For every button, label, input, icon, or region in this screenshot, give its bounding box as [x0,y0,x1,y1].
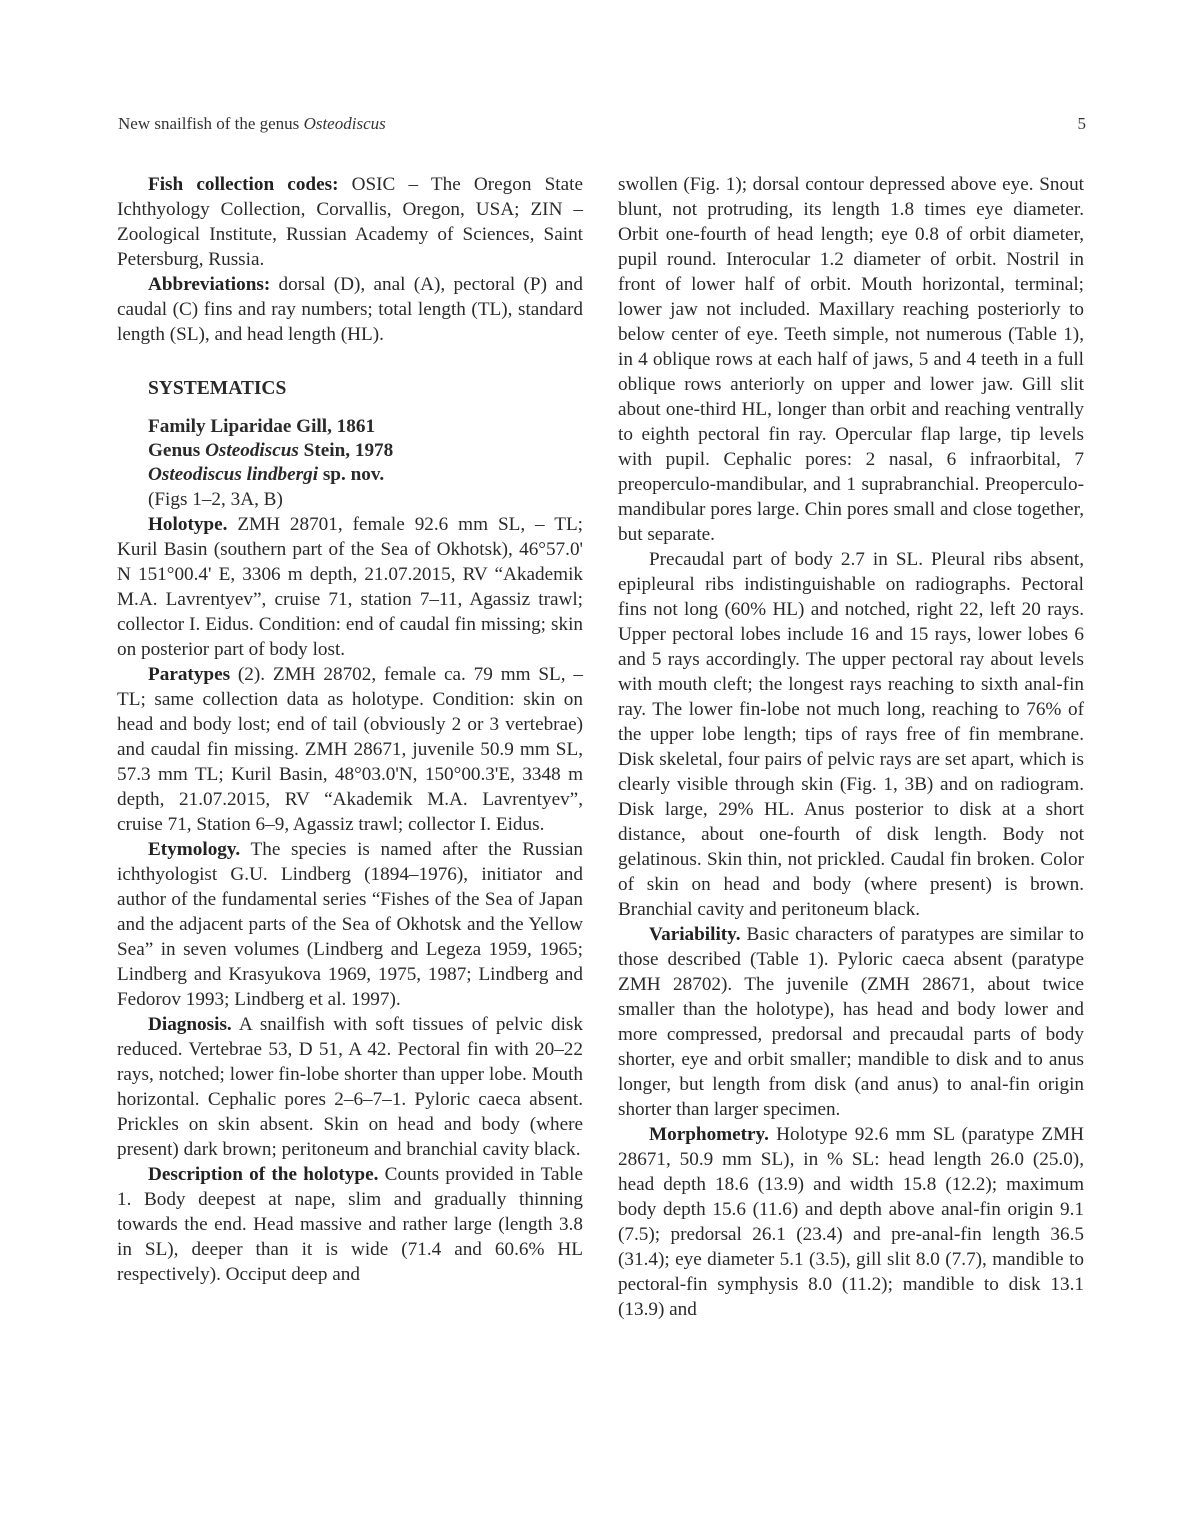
etymology-paragraph: Etymology. The species is named after th… [117,837,583,1012]
abbreviations-label: Abbreviations: [148,274,270,295]
morphometry-paragraph: Morphometry. Holotype 92.6 mm SL (paraty… [618,1122,1084,1322]
running-title-genus: Osteodiscus [304,114,386,133]
family-heading: Family Liparidae Gill, 1861 [117,415,583,439]
figures-reference: (Figs 1–2, 3A, B) [117,487,583,512]
section-heading: SYSTEMATICS [117,347,583,415]
abbreviations-paragraph: Abbreviations: dorsal (D), anal (A), pec… [117,272,583,347]
page-number: 5 [1078,114,1087,134]
description-label: Description of the holotype. [148,1164,378,1185]
precaudal-paragraph: Precaudal part of body 2.7 in SL. Pleura… [618,547,1084,922]
genus-heading: Genus Osteodiscus Stein, 1978 [117,439,583,463]
morphometry-label: Morphometry. [649,1124,769,1145]
collection-codes-paragraph: Fish collection codes: OSIC – The Oregon… [117,172,583,272]
paratypes-paragraph: Paratypes (2). ZMH 28702, female ca. 79 … [117,662,583,837]
holotype-paragraph: Holotype. ZMH 28701, female 92.6 mm SL, … [117,512,583,662]
variability-paragraph: Variability. Basic characters of paratyp… [618,922,1084,1122]
diagnosis-paragraph: Diagnosis. A snailfish with soft tissues… [117,1012,583,1162]
diagnosis-label: Diagnosis. [148,1014,232,1035]
right-column: swollen (Fig. 1); dorsal contour depress… [618,172,1084,1322]
running-title: New snailfish of the genus Osteodiscus [118,114,386,134]
running-head: New snailfish of the genus Osteodiscus 5 [118,114,1086,134]
paratypes-label: Paratypes [148,664,230,685]
collection-codes-label: Fish collection codes: [148,174,338,195]
description-paragraph: Description of the holotype. Counts prov… [117,1162,583,1287]
species-heading: Osteodiscus lindbergi sp. nov. [117,463,583,487]
etymology-label: Etymology. [148,839,240,860]
holotype-label: Holotype. [148,514,227,535]
left-column: Fish collection codes: OSIC – The Oregon… [117,172,583,1287]
variability-label: Variability. [649,924,741,945]
description-continued-paragraph: swollen (Fig. 1); dorsal contour depress… [618,172,1084,547]
